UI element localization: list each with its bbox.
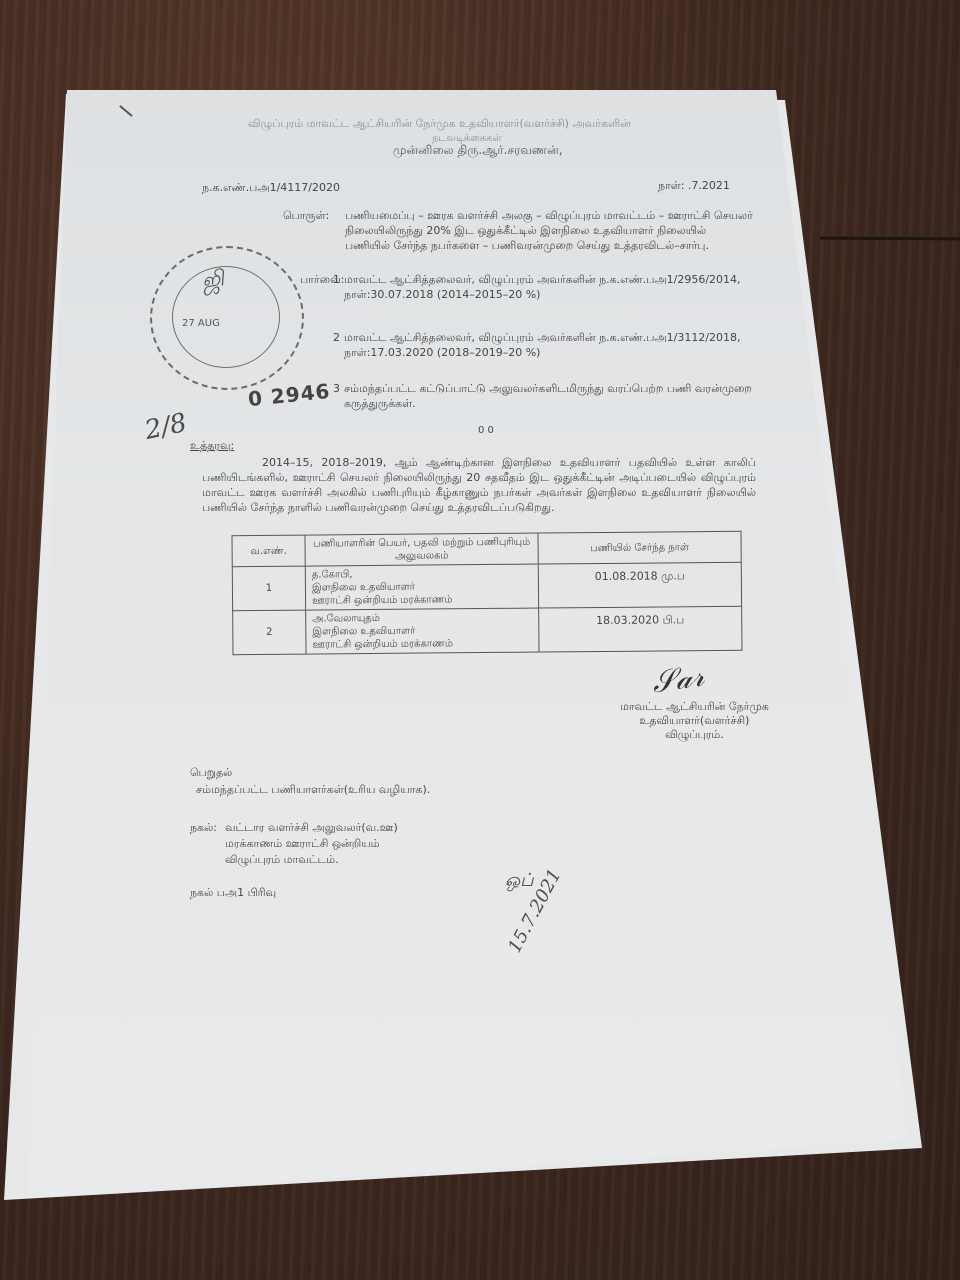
signature: 𝒮𝒶𝓇 <box>651 668 705 690</box>
document-date: நாள்: .7.2021 <box>658 178 730 193</box>
copy-section: நகல் பஅ1 பிரிவு <box>190 885 276 900</box>
reference-number: ந.க.எண்.பஅ1/4117/2020 <box>202 180 340 195</box>
cell-sno: 2 <box>233 610 306 655</box>
table-seam <box>820 237 960 241</box>
recipients-label: பெறுதல் <box>190 765 232 780</box>
reference-item: 3 சம்மந்தப்பட்ட கட்டுப்பாட்டு அலுவலர்களி… <box>344 381 754 411</box>
inward-number-stamp: 0 2946 <box>247 384 331 408</box>
cell-joined: 18.03.2020 பி.ப <box>539 606 742 652</box>
column-header-sno: வ.எண். <box>232 535 305 567</box>
table-header-row: வ.எண். பணியாளரின் பெயர், பதவி மற்றும் பண… <box>232 531 741 566</box>
recipients-line: சம்மந்தப்பட்ட பணியாளர்கள்(உரிய வழியாக). <box>196 782 430 797</box>
document-page: விழுப்புரம் மாவட்ட ஆட்சியரின் நேர்முக உத… <box>0 0 960 1280</box>
table-row: 1 த.கோபி, இளநிலை உதவியாளர் ஊராட்சி ஒன்றி… <box>232 562 741 610</box>
column-header-name: பணியாளரின் பெயர், பதவி மற்றும் பணிபுரியு… <box>305 533 538 566</box>
order-text: 2014–15, 2018–2019, ஆம் ஆண்டிற்கான இளநில… <box>202 455 756 515</box>
header-presiding: முன்னிலை திரு.ஆர்.சரவணன், <box>393 143 563 158</box>
handwritten-initial: ஒப் <box>505 873 533 888</box>
cell-joined: 01.08.2018 மு.ப <box>538 562 741 608</box>
staff-table: வ.எண். பணியாளரின் பெயர், பதவி மற்றும் பண… <box>231 531 742 655</box>
pen-mark <box>119 105 133 117</box>
copy-to-label: நகல்: <box>190 820 217 835</box>
stamp-initial: ஜி <box>200 266 227 297</box>
reference-item: 1 மாவட்ட ஆட்சித்தலைவர், விழுப்புரம் அவர்… <box>344 272 754 302</box>
column-header-joined: பணியில் சேர்ந்த நாள் <box>538 531 741 564</box>
reference-item: 2 மாவட்ட ஆட்சித்தலைவர், விழுப்புரம் அவர்… <box>344 330 754 360</box>
table-row: 2 அ.வேலாயுதம் இளநிலை உதவியாளர் ஊராட்சி ஒ… <box>233 606 742 654</box>
office-seal-stamp: ஜி 27 AUG <box>150 246 304 390</box>
section-divider: 0 0 <box>478 423 494 438</box>
cell-name: அ.வேலாயுதம் இளநிலை உதவியாளர் ஊராட்சி ஒன்… <box>306 608 539 654</box>
stamp-date: 27 AUG <box>182 318 220 329</box>
header-office: விழுப்புரம் மாவட்ட ஆட்சியரின் நேர்முக உத… <box>248 116 631 131</box>
cell-sno: 1 <box>232 566 305 611</box>
cell-name: த.கோபி, இளநிலை உதவியாளர் ஊராட்சி ஒன்றியம… <box>305 564 538 610</box>
margin-handwritten-initial: 2/8 <box>144 416 188 439</box>
subject-text: பணியமைப்பு – ஊரக வளர்ச்சி அலகு – விழுப்ப… <box>345 208 753 253</box>
subject-label: பொருள்: <box>283 208 329 223</box>
order-label: உத்தரவு: <box>190 438 234 453</box>
copy-to-lines: வட்டார வளர்ச்சி அலுவலர்(வ.ஊ) மரக்காணம் ஊ… <box>225 820 398 868</box>
stamp-inner-ring <box>172 266 280 368</box>
signatory-block: மாவட்ட ஆட்சியரின் நேர்முக உதவியாளர்(வளர்… <box>620 700 769 742</box>
